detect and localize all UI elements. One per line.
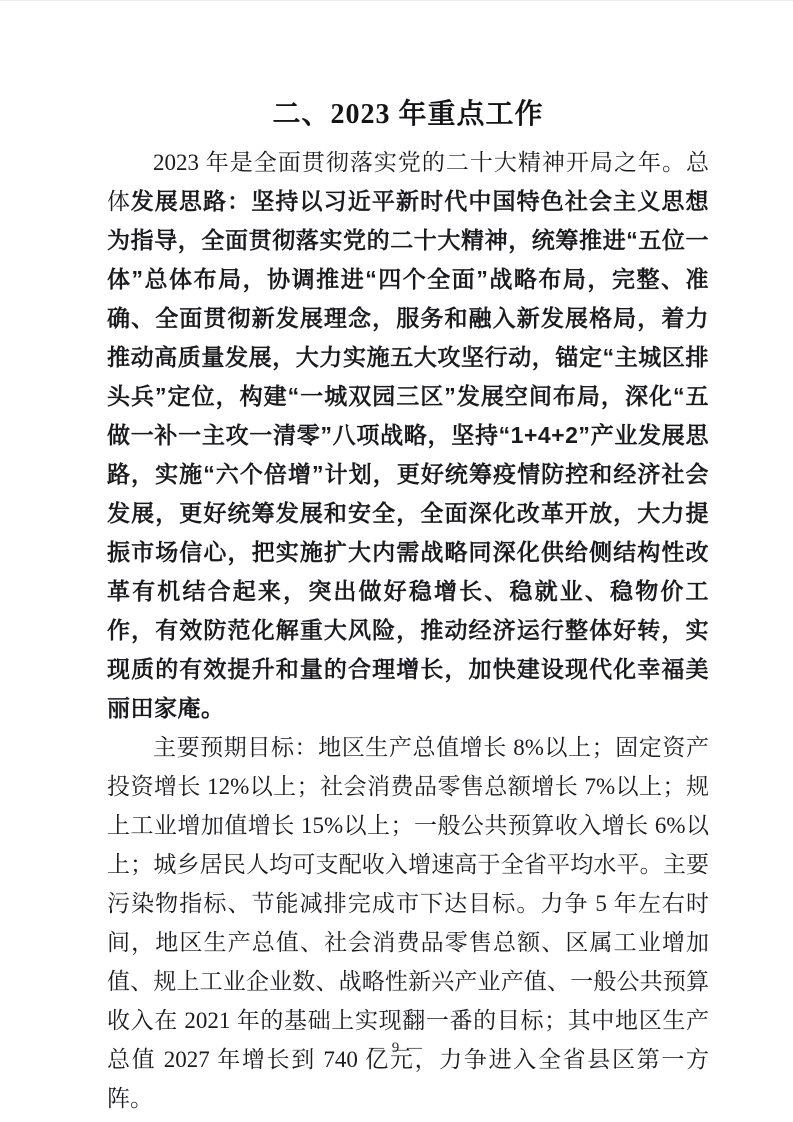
paragraph-expected-targets: 主要预期目标：地区生产总值增长 8%以上；固定资产投资增长 12%以上；社会消费… — [107, 728, 709, 1118]
page-number: — 9 — — [0, 1039, 793, 1057]
section-title: 二、2023 年重点工作 — [107, 93, 709, 137]
paragraph-overall-approach: 2023 年是全面贯彻落实党的二十大精神开局之年。总体发展思路：坚持以习近平新时… — [107, 143, 709, 728]
document-page: 二、2023 年重点工作 2023 年是全面贯彻落实党的二十大精神开局之年。总体… — [0, 0, 793, 1122]
paragraph-run-development-strategy: 发展思路：坚持以习近平新时代中国特色社会主义思想为指导，全面贯彻落实党的二十大精… — [107, 188, 709, 721]
document-content: 二、2023 年重点工作 2023 年是全面贯彻落实党的二十大精神开局之年。总体… — [0, 1, 793, 1118]
